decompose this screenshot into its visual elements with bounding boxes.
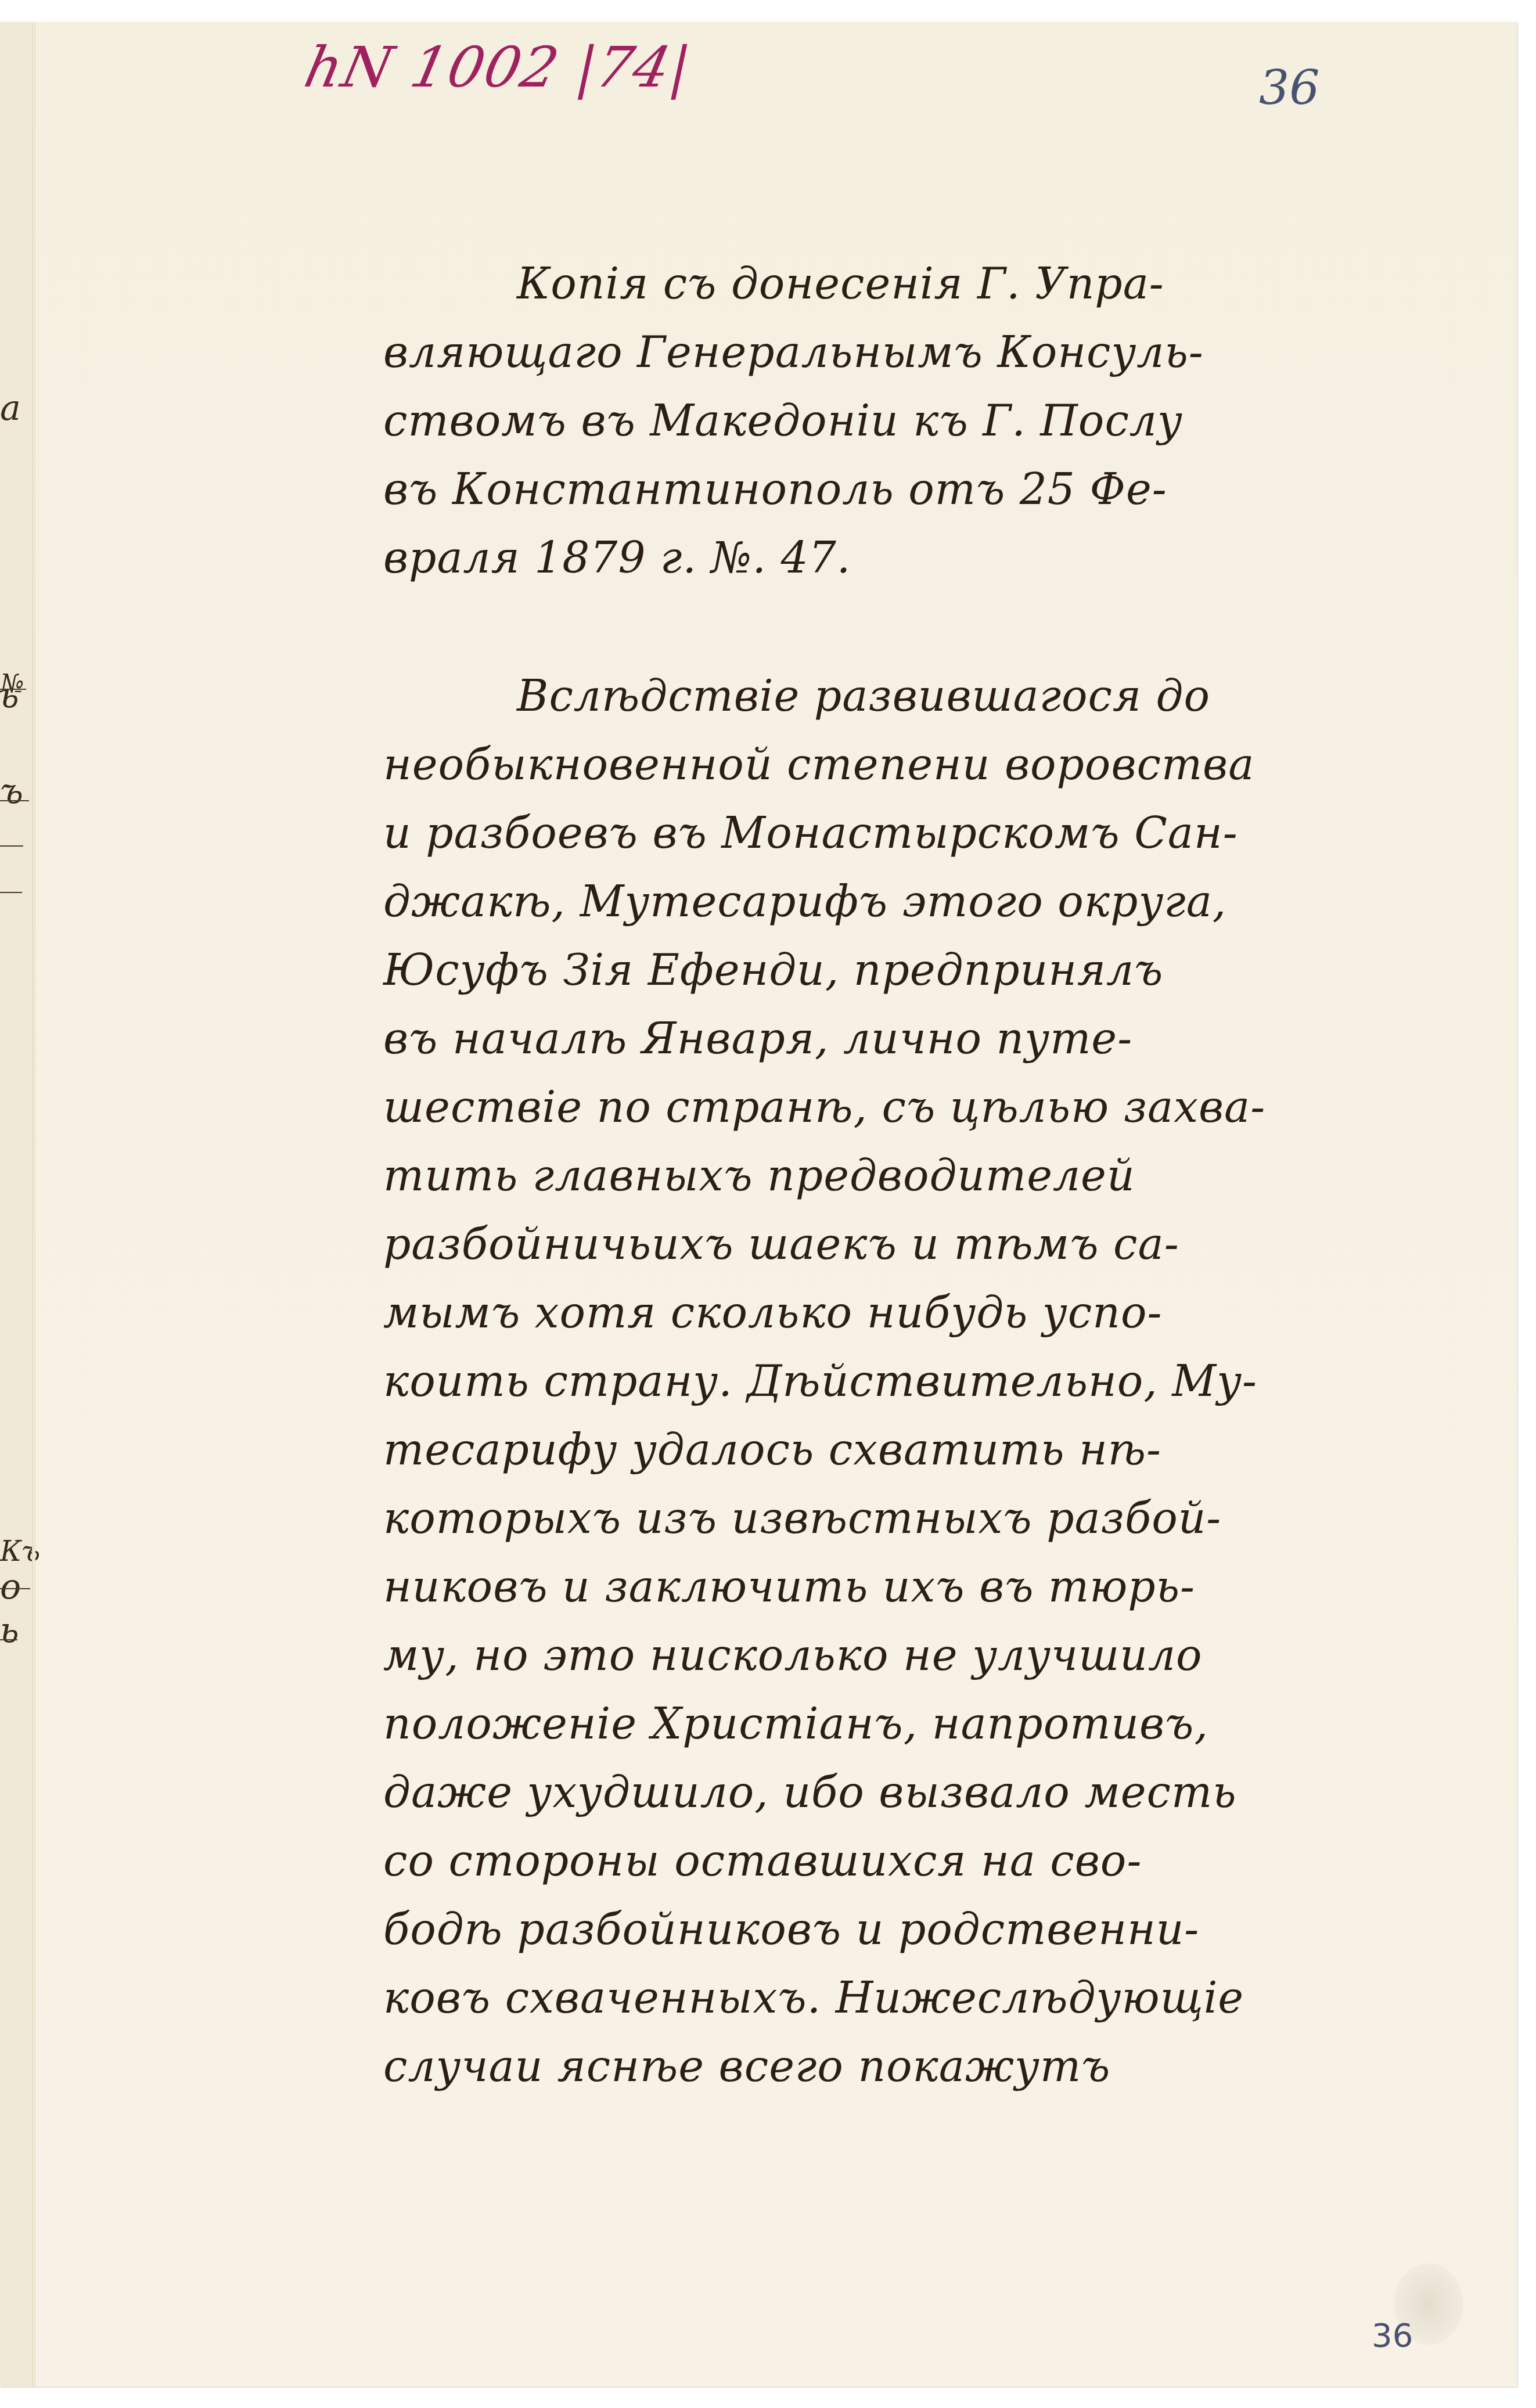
adjacent-page-rule: [0, 689, 26, 690]
body-line: му, но это нисколько не улучшило: [383, 1621, 1510, 1690]
heading-line: ствомъ въ Македоніи къ Г. Послу: [383, 387, 1510, 455]
body-line: ковъ схваченныхъ. Нижеслѣдующіе: [383, 1964, 1510, 2032]
adjacent-page-rule: [0, 845, 23, 847]
heading-line: Копія съ донесенія Г. Упра-: [383, 250, 1510, 318]
document-heading: Копія съ донесенія Г. Упра- вляющаго Ген…: [383, 250, 1510, 592]
heading-line: вляющаго Генеральнымъ Консуль-: [383, 318, 1510, 387]
body-line: тить главныхъ предводителей: [383, 1142, 1510, 1210]
adjacent-page-fragment: о: [0, 1570, 21, 1604]
document-body: Вслѣдствіе развившагося до необыкновенно…: [383, 662, 1510, 2101]
body-line: коить страну. Дѣйствительно, Му-: [383, 1347, 1510, 1416]
adjacent-page-rule: [0, 1588, 30, 1589]
body-line: Юсуфъ Зія Ефенди, предпринялъ: [383, 936, 1510, 1005]
adjacent-page-rule: [0, 892, 22, 893]
body-line: со стороны оставшихся на сво-: [383, 1827, 1510, 1895]
body-line: которыхъ изъ извѣстныхъ разбой-: [383, 1484, 1510, 1553]
adjacent-page-fragment: а: [0, 391, 21, 426]
heading-line: въ Константинополь отъ 25 Фе-: [383, 455, 1510, 524]
archive-reference-number: hN 1002 |74|: [299, 35, 697, 100]
body-line: и разбоевъ въ Монастырскомъ Сан-: [383, 799, 1510, 868]
handwritten-text: Копія съ донесенія Г. Упра- вляющаго Ген…: [383, 250, 1510, 2101]
body-line: никовъ и заключить ихъ въ тюрь-: [383, 1553, 1510, 1621]
adjacent-page-rule: [0, 800, 29, 801]
heading-line: враля 1879 г. №. 47.: [383, 524, 1510, 592]
folio-number-bottom: 36: [1372, 2317, 1413, 2355]
body-line: необыкновенной степени воровства: [383, 730, 1510, 799]
folio-number-top: 36: [1259, 61, 1319, 116]
body-line: мымъ хотя сколько нибудь успо-: [383, 1279, 1510, 1347]
adjacent-page-rule: [0, 1639, 17, 1640]
adjacent-page-fragment: ь: [0, 1613, 19, 1648]
body-line: Вслѣдствіе развившагося до: [383, 662, 1510, 730]
adjacent-page-edge: а ь № ъ Къ о ь: [0, 22, 33, 2387]
body-line: тесарифу удалось схватить нѣ-: [383, 1416, 1510, 1484]
body-line: случаи яснѣе всего покажутъ: [383, 2032, 1510, 2101]
body-line: въ началѣ Января, лично путе-: [383, 1005, 1510, 1073]
adjacent-page-fragment: №: [0, 671, 24, 697]
adjacent-page-fragment: ъ: [0, 774, 23, 809]
body-line: шествіе по странѣ, съ цѣлью захва-: [383, 1073, 1510, 1142]
body-line: даже ухудшило, ибо вызвало месть: [383, 1758, 1510, 1827]
paragraph-gap: [383, 592, 1510, 662]
body-line: положеніе Христіанъ, напротивъ,: [383, 1690, 1510, 1758]
page-fold-crease: [32, 22, 35, 2387]
body-line: джакѣ, Мутесарифъ этого округа,: [383, 868, 1510, 936]
body-line: разбойничьихъ шаекъ и тѣмъ са-: [383, 1210, 1510, 1279]
body-line: бодѣ разбойниковъ и родственни-: [383, 1895, 1510, 1964]
